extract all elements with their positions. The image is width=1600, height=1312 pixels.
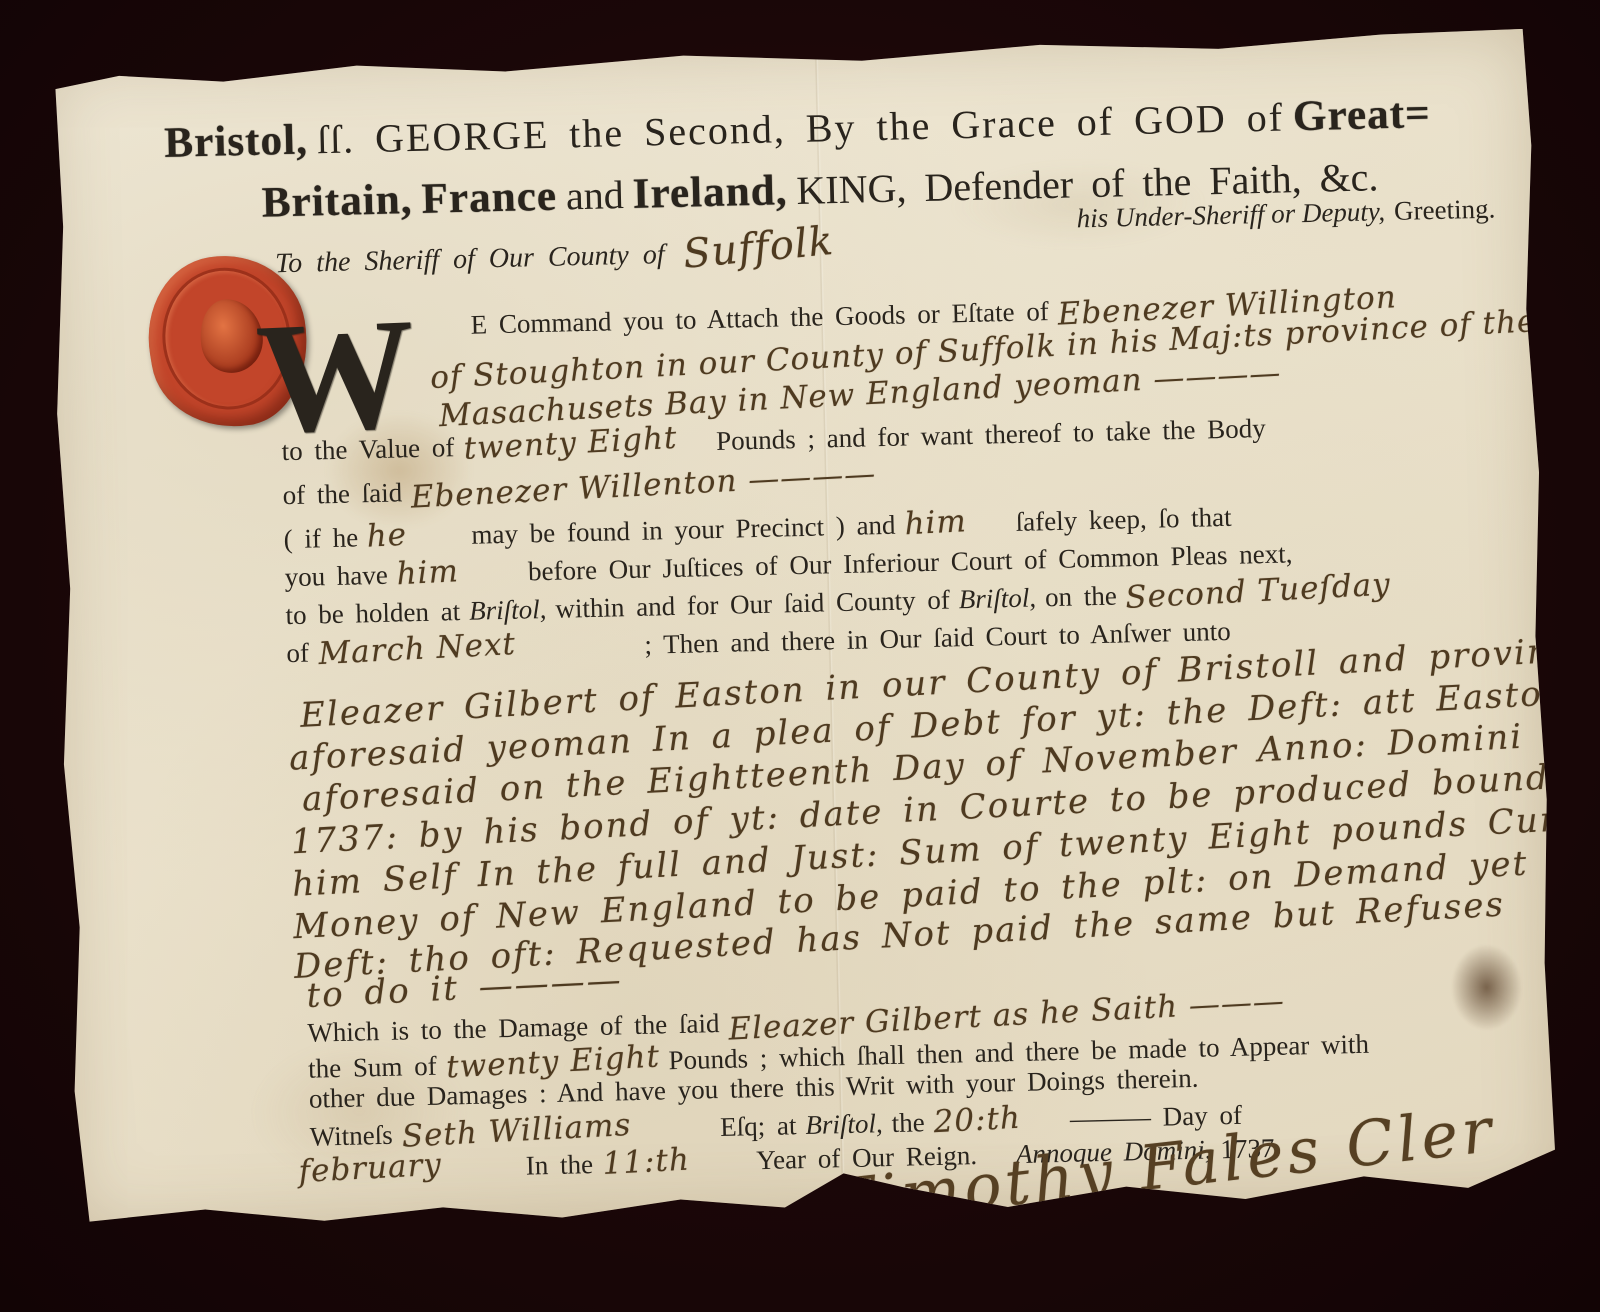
- print-text: To the Sheriff of Our County of: [275, 239, 665, 279]
- print-text: Greeting.: [1394, 194, 1496, 226]
- handwritten-text: him: [904, 503, 968, 542]
- print-text: Witneſs: [309, 1120, 393, 1152]
- handwritten-county: Suffolk: [682, 218, 837, 278]
- print-italic-text: Briſtol,: [958, 582, 1036, 614]
- print-italic-text: Briſtol,: [469, 594, 547, 626]
- print-italic-text: his Under-Sheriff or Deputy,: [1076, 196, 1385, 233]
- handwritten-month: february: [298, 1147, 443, 1190]
- blackletter-text: Great=: [1292, 90, 1431, 140]
- handwritten-date: 20:th: [933, 1100, 1022, 1140]
- print-text: of the ſaid: [282, 477, 402, 510]
- handwritten-regnal-year: 11:th: [601, 1142, 690, 1182]
- handwritten-text: March Next: [317, 626, 516, 672]
- print-text: ſafely keep, ſo that: [1015, 502, 1232, 537]
- print-text: within and for Our ſaid County of: [555, 584, 950, 623]
- print-text: the Sum of: [308, 1051, 437, 1084]
- print-italic-text: Briſtol,: [805, 1108, 883, 1140]
- print-text: Pounds ; and for want thereof to take th…: [716, 413, 1266, 456]
- print-text: Eſq; at: [720, 1110, 797, 1142]
- print-text: may be found in your Precinct ) and: [471, 510, 896, 550]
- print-text: to be holden at: [285, 596, 460, 630]
- blackletter-text: France: [421, 173, 558, 223]
- print-text: the: [891, 1107, 925, 1138]
- blackletter-text: Bristol,: [164, 116, 309, 166]
- print-text: to the Value of: [281, 432, 454, 466]
- document-photo: Bristol,ſſ. GEORGE the Second, By the Gr…: [0, 0, 1600, 1312]
- print-text: In the: [525, 1149, 593, 1181]
- print-text: you have: [284, 560, 388, 592]
- print-text: of: [286, 638, 309, 669]
- handwritten-text: him: [396, 553, 460, 592]
- writ-body: E Command you to Attach the Goods or Eſt…: [278, 281, 1558, 1188]
- print-text: and: [565, 172, 624, 218]
- blackletter-text: Ireland,: [632, 167, 788, 218]
- print-text: on the: [1045, 581, 1117, 613]
- blackletter-text: Britain,: [261, 176, 413, 227]
- handwritten-text: he: [366, 517, 408, 555]
- writ-paper-sheet: Bristol,ſſ. GEORGE the Second, By the Gr…: [44, 29, 1557, 1232]
- print-text: ( if he: [283, 522, 358, 554]
